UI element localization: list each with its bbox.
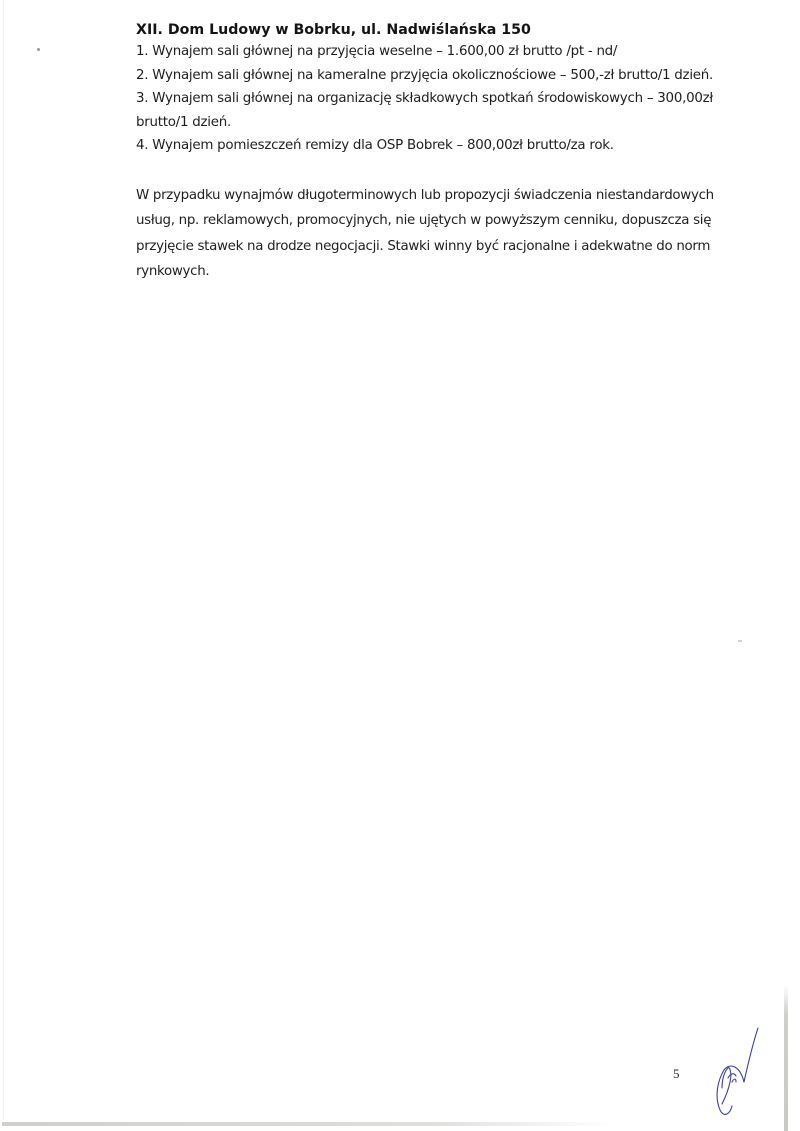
scan-speck [738, 640, 742, 642]
scan-bottom-edge [2, 1122, 612, 1126]
section-heading: XII. Dom Ludowy w Bobrku, ul. Nadwiślańs… [136, 20, 736, 40]
page-number: 5 [673, 1066, 680, 1082]
document-page: XII. Dom Ludowy w Bobrku, ul. Nadwiślańs… [0, 0, 800, 1131]
price-list-item: 2. Wynajem sali głównej na kameralne prz… [136, 64, 736, 88]
price-list-item: 4. Wynajem pomieszczeń remizy dla OSP Bo… [136, 134, 736, 158]
price-list-item: 1. Wynajem sali głównej na przyjęcia wes… [136, 40, 736, 64]
signature-icon [700, 1026, 760, 1121]
scan-speck [37, 48, 40, 51]
scan-left-edge [3, 0, 4, 1120]
negotiation-note: W przypadku wynajmów długoterminowych lu… [136, 183, 736, 285]
price-list: 1. Wynajem sali głównej na przyjęcia wes… [136, 40, 736, 158]
document-body: XII. Dom Ludowy w Bobrku, ul. Nadwiślańs… [136, 20, 736, 285]
price-list-item: 3. Wynajem sali głównej na organizację s… [136, 87, 736, 134]
scan-right-edge [784, 985, 788, 1131]
